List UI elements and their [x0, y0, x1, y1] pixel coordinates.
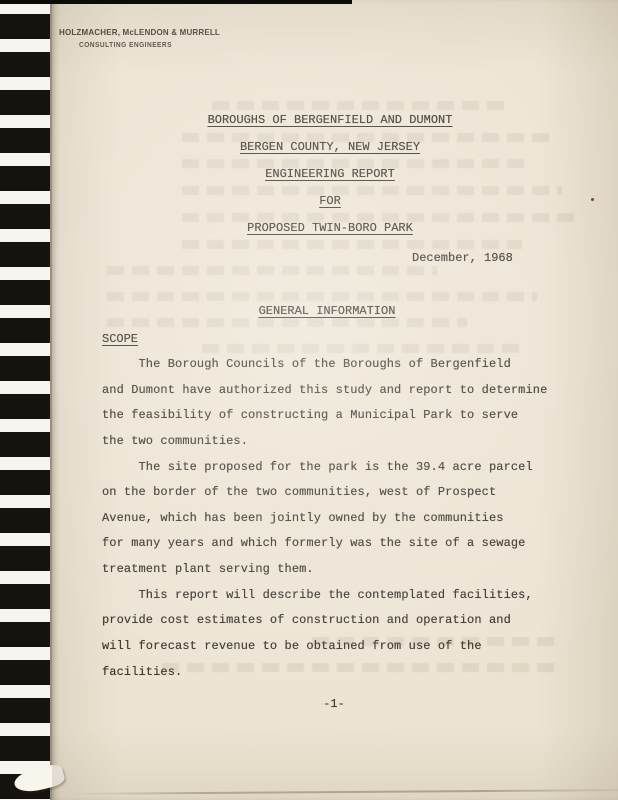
section-subheading: SCOPE — [102, 332, 138, 346]
body-text-line: provide cost estimates of construction a… — [102, 608, 572, 634]
body-text-line: facilities. — [102, 660, 572, 686]
letterhead-subtitle: CONSULTING ENGINEERS — [79, 42, 172, 49]
scanned-report-page: HOLZMACHER, McLENDON & MURRELL CONSULTIN… — [0, 0, 618, 800]
body-text-line: This report will describe the contemplat… — [102, 583, 572, 609]
letterhead-firm-name: HOLZMACHER, McLENDON & MURRELL — [59, 27, 220, 37]
ink-speck — [591, 198, 594, 201]
body-text-line: the two communities. — [102, 429, 572, 455]
body-text: The Borough Councils of the Boroughs of … — [102, 352, 572, 685]
bleed-through-line — [182, 186, 562, 195]
report-title-line: BOROUGHS OF BERGENFIELD AND DUMONT — [208, 113, 453, 127]
body-text-line: Avenue, which has been jointly owned by … — [102, 506, 572, 532]
report-title-line: PROPOSED TWIN-BORO PARK — [247, 221, 413, 235]
report-title-line: FOR — [319, 194, 341, 208]
page-number: -1- — [323, 697, 345, 711]
binding-margin — [0, 0, 50, 800]
body-text-line: treatment plant serving them. — [102, 557, 572, 583]
bleed-through-line — [212, 101, 512, 110]
body-text-line: The site proposed for the park is the 39… — [102, 455, 572, 481]
section-heading: GENERAL INFORMATION — [259, 304, 396, 318]
comb-binding-teeth — [0, 14, 52, 800]
bleed-through-line — [182, 240, 522, 249]
body-text-line: on the border of the two communities, we… — [102, 480, 572, 506]
report-date: December, 1968 — [412, 251, 513, 265]
bleed-through-line — [107, 318, 467, 327]
body-text-line: the feasibility of constructing a Munici… — [102, 403, 572, 429]
report-title-line: ENGINEERING REPORT — [265, 167, 395, 181]
bleed-through-line — [107, 266, 437, 275]
scan-top-edge — [0, 0, 352, 4]
bleed-through-line — [107, 292, 537, 301]
paper-sheet: HOLZMACHER, McLENDON & MURRELL CONSULTIN… — [50, 0, 618, 800]
body-text-line: The Borough Councils of the Boroughs of … — [102, 352, 572, 378]
body-text-line: for many years and which formerly was th… — [102, 531, 572, 557]
body-text-line: will forecast revenue to be obtained fro… — [102, 634, 572, 660]
report-title-line: BERGEN COUNTY, NEW JERSEY — [240, 140, 420, 154]
body-text-line: and Dumont have authorized this study an… — [102, 378, 572, 404]
